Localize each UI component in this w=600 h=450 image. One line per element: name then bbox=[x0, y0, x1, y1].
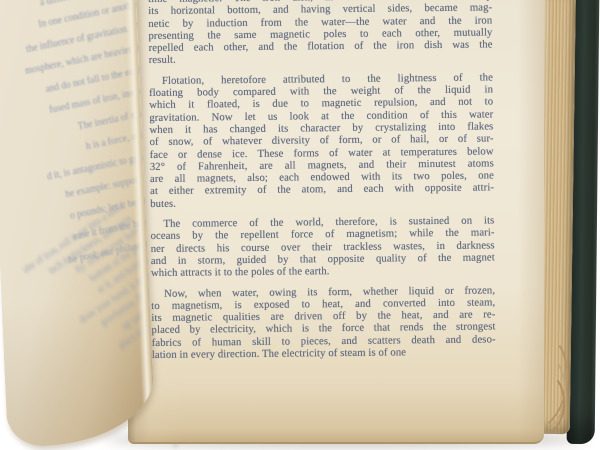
text-line: which attracts it to the poles of the ea… bbox=[151, 264, 495, 280]
open-book-photo: time magnetic. The iron dish, in contact… bbox=[0, 0, 600, 450]
right-page: time magnetic. The iron dish, in contact… bbox=[128, 0, 544, 444]
right-page-text: time magnetic. The iron dish, in contact… bbox=[148, 0, 496, 361]
left-page: or fall to the earth, as a difference in… bbox=[0, 0, 156, 448]
text-line: lation in every direction. The electrici… bbox=[152, 345, 496, 361]
